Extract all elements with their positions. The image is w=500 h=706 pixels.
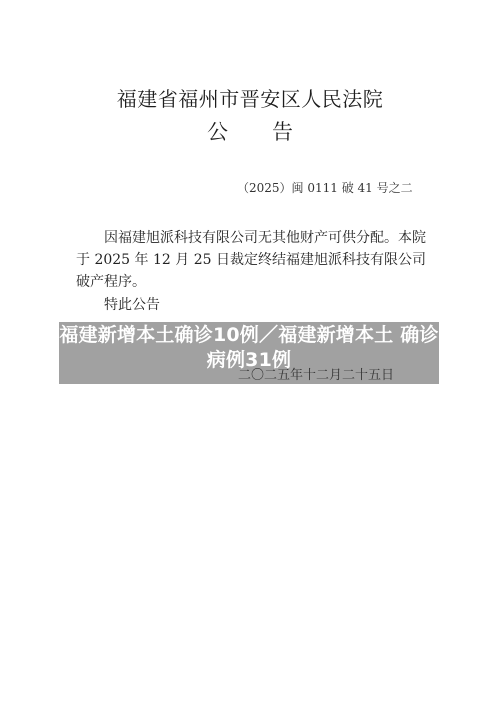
notice-title-char-2: 告 (272, 118, 293, 146)
notice-title: 公告 (0, 118, 500, 146)
court-name-heading: 福建省福州市晋安区人民法院 (0, 86, 500, 112)
case-number: （2025）闽 0111 破 41 号之二 (237, 178, 413, 198)
notice-body-paragraph: 因福建旭派科技有限公司无其他财产可供分配。本院于 2025 年 12 月 25 … (76, 227, 432, 293)
headline-overlay-text: 福建新增本土确诊10例／福建新增本土 确诊病例31例 (59, 323, 439, 373)
notice-closing: 特此公告 (104, 294, 160, 316)
notice-page: 福建省福州市晋安区人民法院 公告 （2025）闽 0111 破 41 号之二 因… (0, 0, 500, 706)
notice-title-char-1: 公 (207, 118, 228, 146)
